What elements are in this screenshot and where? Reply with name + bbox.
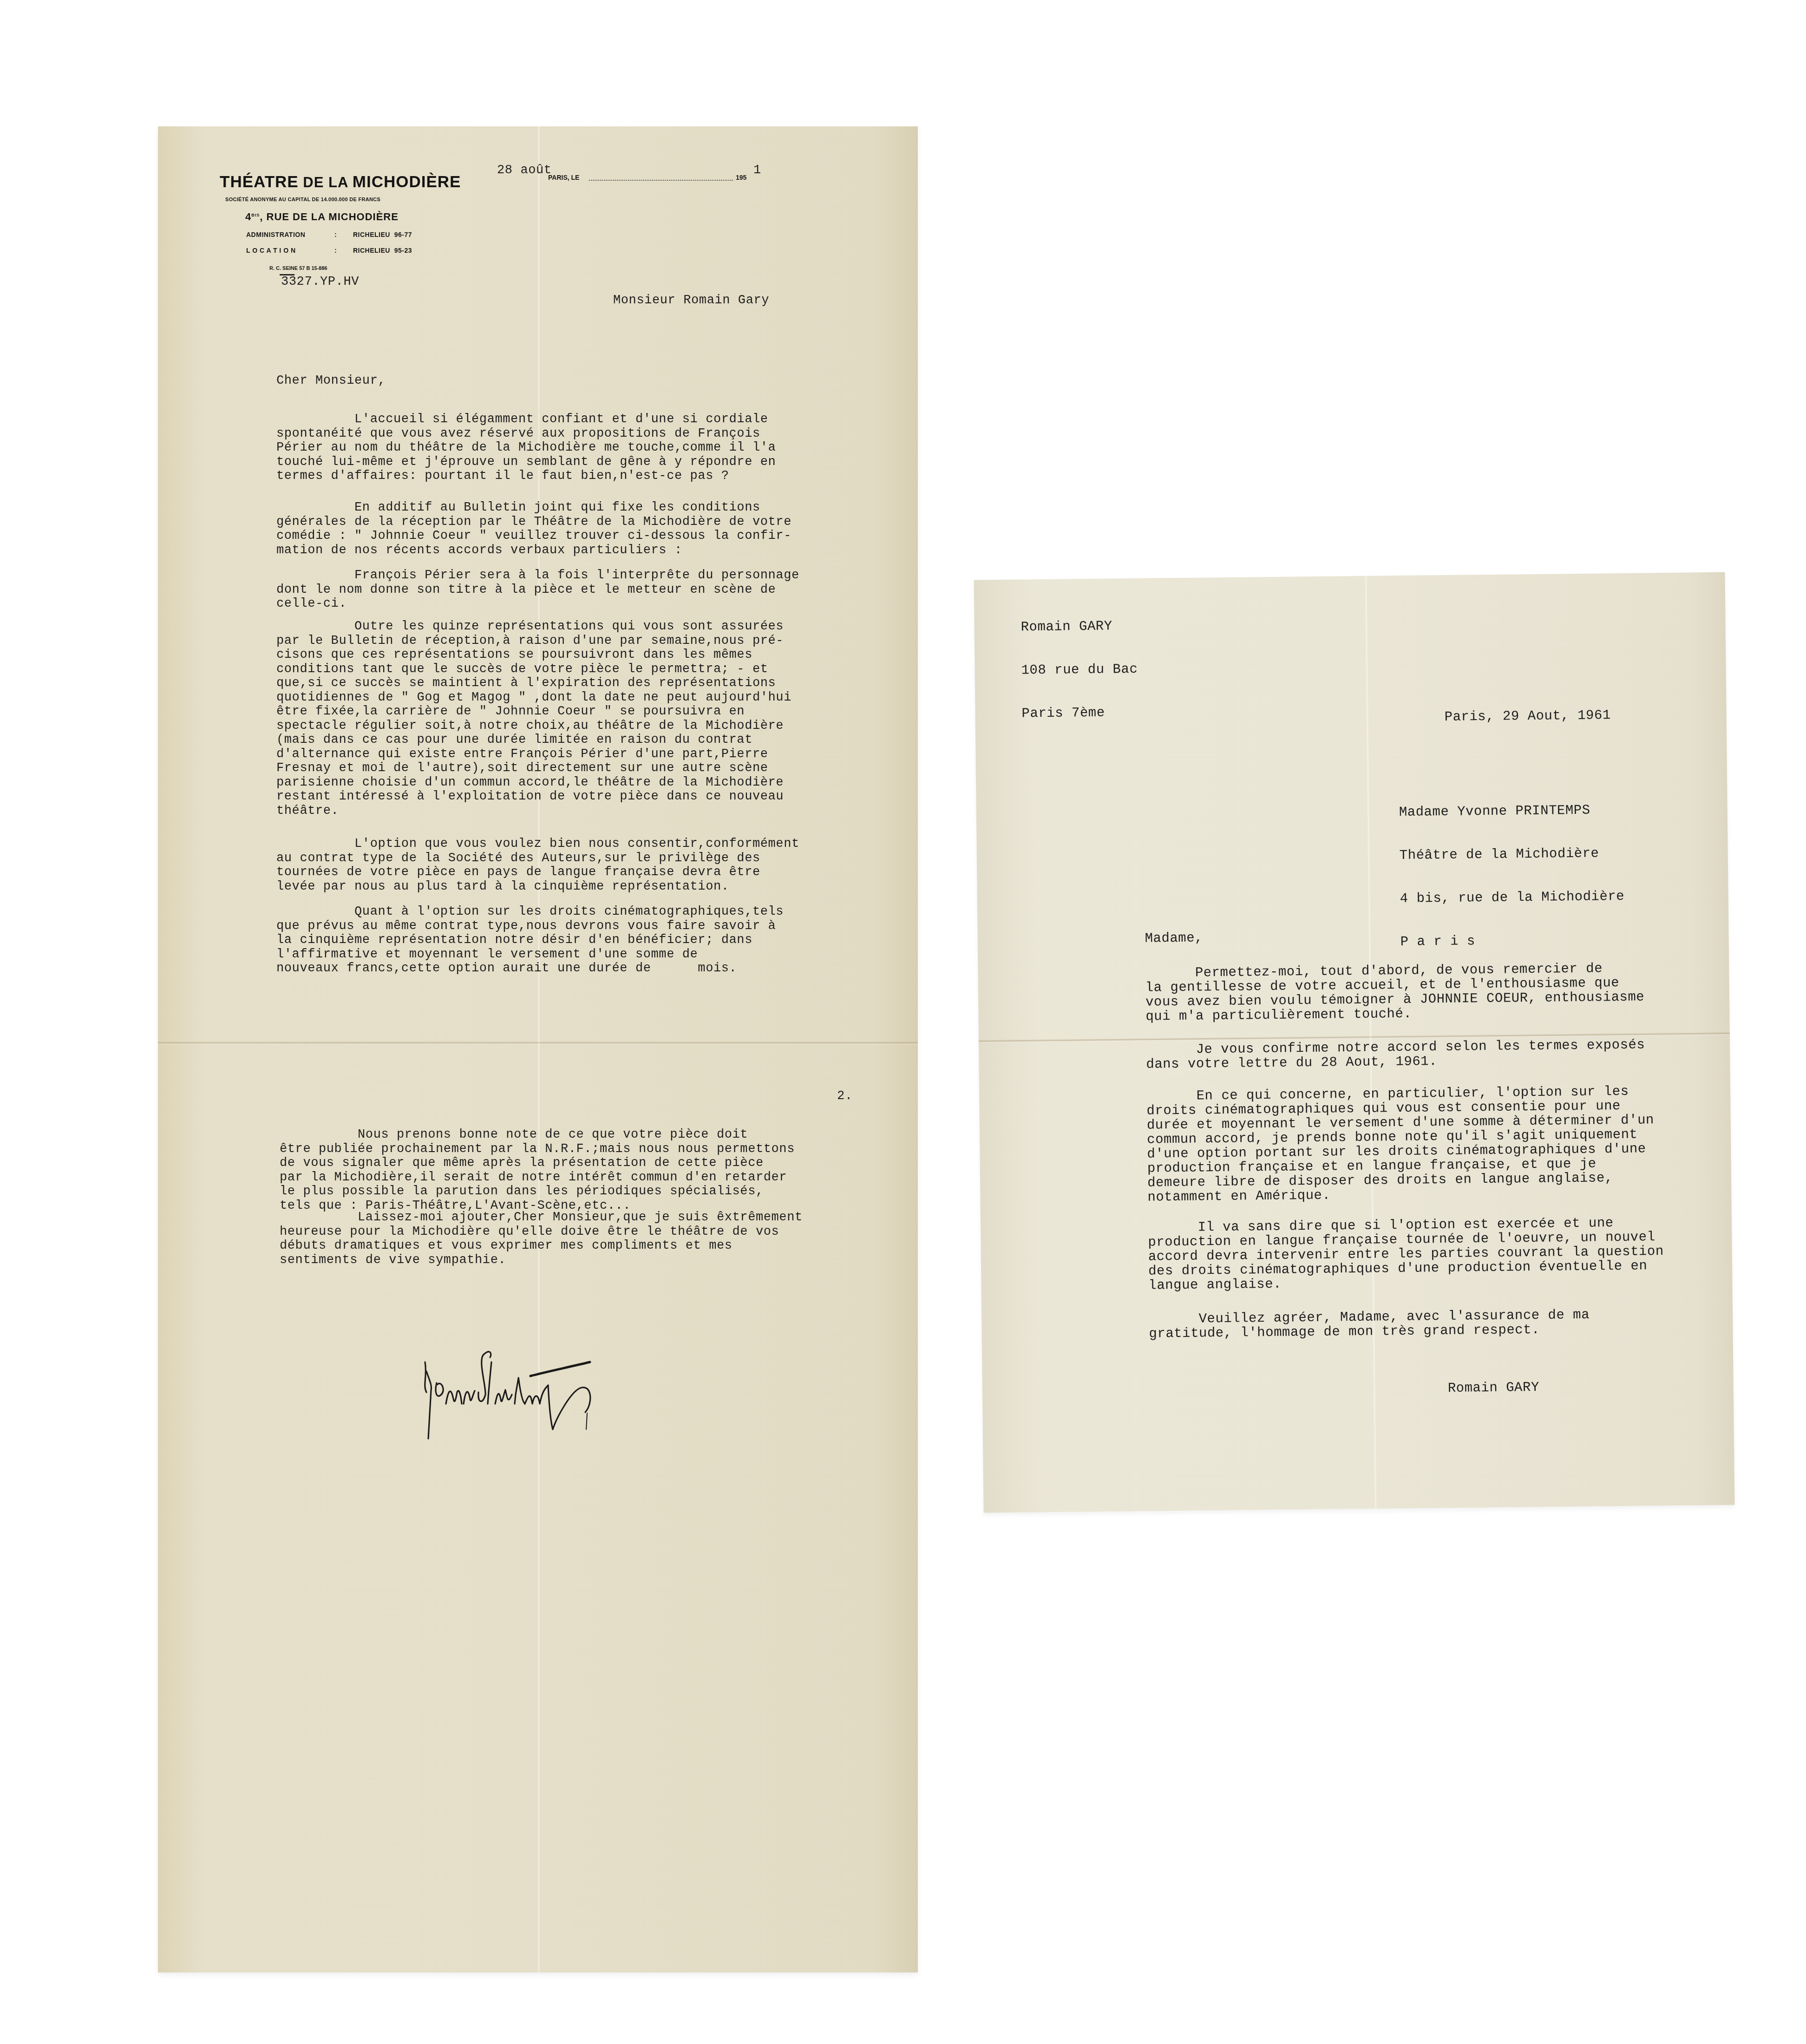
body-paragraph: L'accueil si élégamment confiant et d'un… bbox=[276, 413, 776, 484]
body-paragraph: Permettez-moi, tout d'abord, de vous rem… bbox=[1145, 961, 1644, 1023]
recipient-address: Madame Yvonne PRINTEMPS Théâtre de la Mi… bbox=[1399, 774, 1625, 978]
body-paragraph: Il va sans dire que si l'option est exer… bbox=[1148, 1215, 1664, 1293]
letterhead-admin-phone: ADMINISTRATION:RICHELIEU 96-77 bbox=[246, 231, 412, 238]
letterhead-address: 4BIS, RUE DE LA MICHODIÈRE bbox=[245, 211, 399, 223]
date-dotted-line bbox=[589, 180, 733, 181]
body-paragraph: François Périer sera à la fois l'interpr… bbox=[276, 569, 799, 611]
year-digit: 1 bbox=[753, 164, 761, 178]
body-paragraph: En ce qui concerne, en particulier, l'op… bbox=[1146, 1084, 1655, 1204]
letter-theatre-michodiere: THÉATRE DE LA MICHODIÈRE SOCIÉTÉ ANONYME… bbox=[158, 126, 918, 1972]
body-paragraph: Veuillez agréer, Madame, avec l'assuranc… bbox=[1149, 1308, 1590, 1341]
body-paragraph: Quant à l'option sur les droits cinémato… bbox=[276, 905, 784, 976]
vertical-crease bbox=[538, 126, 540, 1972]
letter-date: Paris, 29 Aout, 1961 bbox=[1445, 708, 1611, 724]
recipient-org: Théâtre de la Michodière bbox=[1400, 846, 1624, 863]
letterhead-company-line: SOCIÉTÉ ANONYME AU CAPITAL DE 14.000.000… bbox=[225, 197, 380, 203]
sender-name: Romain GARY bbox=[1021, 619, 1137, 635]
body-paragraph: Nous prenons bonne note de ce que votre … bbox=[280, 1128, 795, 1213]
date-typed: 28 août bbox=[497, 164, 552, 178]
recipient-city: P a r i s bbox=[1400, 932, 1625, 949]
signature-yvonne-printemps bbox=[409, 1334, 650, 1441]
reference-number: 3327.YP.HV bbox=[281, 275, 359, 289]
page-number: 2. bbox=[837, 1089, 853, 1104]
sender-city: Paris 7ème bbox=[1021, 705, 1138, 721]
body-paragraph: Je vous confirme notre accord selon les … bbox=[1146, 1037, 1645, 1071]
closing-name: Romain GARY bbox=[1448, 1380, 1539, 1395]
recipient-street: 4 bis, rue de la Michodière bbox=[1400, 889, 1625, 906]
letterhead-title: THÉATRE DE LA MICHODIÈRE bbox=[220, 173, 461, 191]
body-paragraph: En additif au Bulletin joint qui fixe le… bbox=[276, 501, 792, 557]
sender-address: Romain GARY 108 rue du Bac Paris 7ème bbox=[1021, 590, 1139, 750]
salutation: Cher Monsieur, bbox=[276, 374, 386, 388]
date-label: PARIS, LE bbox=[548, 174, 579, 181]
recipient-name: Madame Yvonne PRINTEMPS bbox=[1399, 803, 1624, 819]
body-paragraph: Outre les quinze représentations qui vou… bbox=[276, 620, 792, 818]
sender-street: 108 rue du Bac bbox=[1021, 662, 1138, 678]
recipient: Monsieur Romain Gary bbox=[613, 294, 769, 308]
body-paragraph: Laissez-moi ajouter,Cher Monsieur,que je… bbox=[280, 1211, 803, 1267]
letterhead-registry: R. C. SEINE 57 B 15-886 bbox=[269, 266, 327, 271]
year-prefix: 195 bbox=[736, 174, 746, 181]
letterhead-location-phone: L O C A T I O N:RICHELIEU 95-23 bbox=[246, 247, 412, 254]
letter-romain-gary: Romain GARY 108 rue du Bac Paris 7ème Pa… bbox=[974, 572, 1735, 1513]
salutation: Madame, bbox=[1145, 930, 1203, 945]
body-paragraph: L'option que vous voulez bien nous conse… bbox=[276, 837, 799, 894]
